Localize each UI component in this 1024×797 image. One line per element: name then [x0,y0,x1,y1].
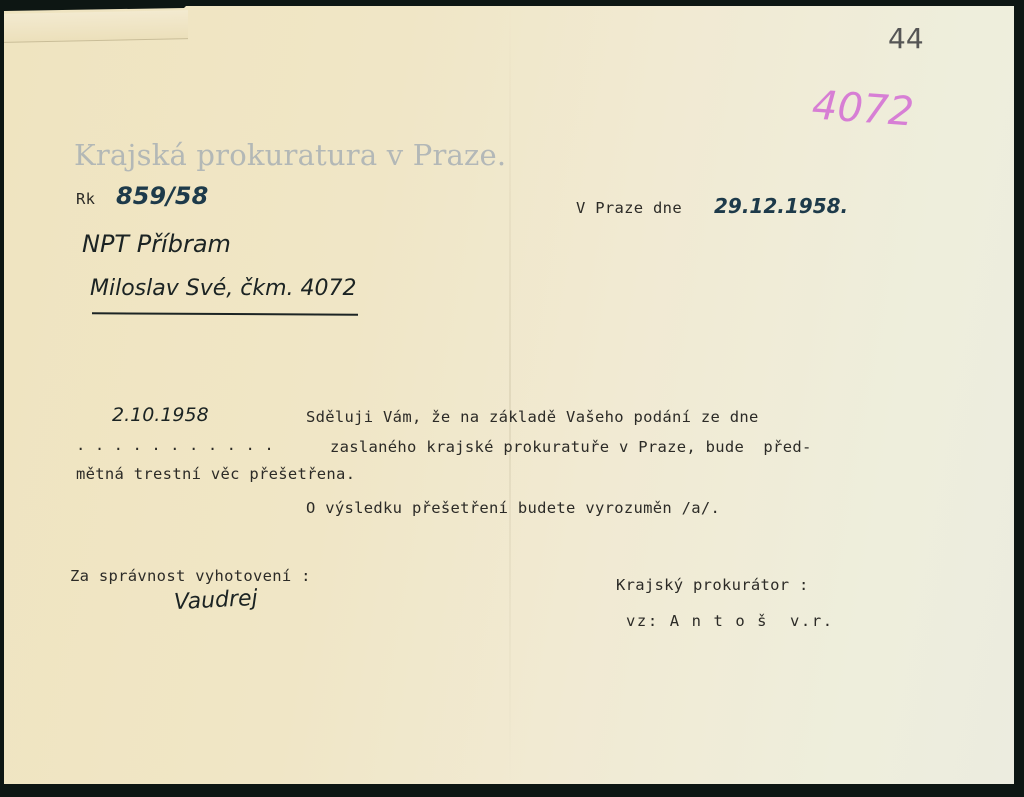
torn-top-edge [4,10,188,43]
body-line-3: mětná trestní věc přešetřena. [76,465,355,483]
body-line-2: zaslaného krajské prokuratuře v Praze, b… [330,438,812,456]
place-date-handwritten: 29.12.1958. [714,194,848,218]
addressee-underline [92,312,358,315]
file-number-pink: 4072 [811,83,916,136]
place-date-label: V Praze dne [576,199,682,217]
reference-label: Rk [76,190,95,208]
certification-label: Za správnost vyhotovení : [70,567,311,585]
reference-number-handwritten: 859/58 [116,182,208,210]
addressee-handwritten-line2: Miloslav Své, čkm. 4072 [90,276,356,301]
certification-signature: Vaudrej [173,586,258,615]
document-page: 44 4072 Krajská prokuratura v Praze. Rk … [4,6,1014,784]
body-line-4: O výsledku přešetření budete vyrozuměn /… [306,499,720,517]
office-stamp: Krajská prokuratura v Praze. [74,138,506,172]
signatory-name: vz: A n t o š v.r. [626,612,834,630]
body-line-1: Sděluji Vám, že na základě Vašeho podání… [306,408,759,426]
body-line-2-dots: ........... [76,436,283,454]
signatory-title: Krajský prokurátor : [616,576,809,594]
submission-date-handwritten: 2.10.1958 [112,404,209,426]
addressee-handwritten-line1: NPT Příbram [82,230,231,258]
page-number-pencil: 44 [888,22,924,55]
paper-fold [509,6,511,784]
